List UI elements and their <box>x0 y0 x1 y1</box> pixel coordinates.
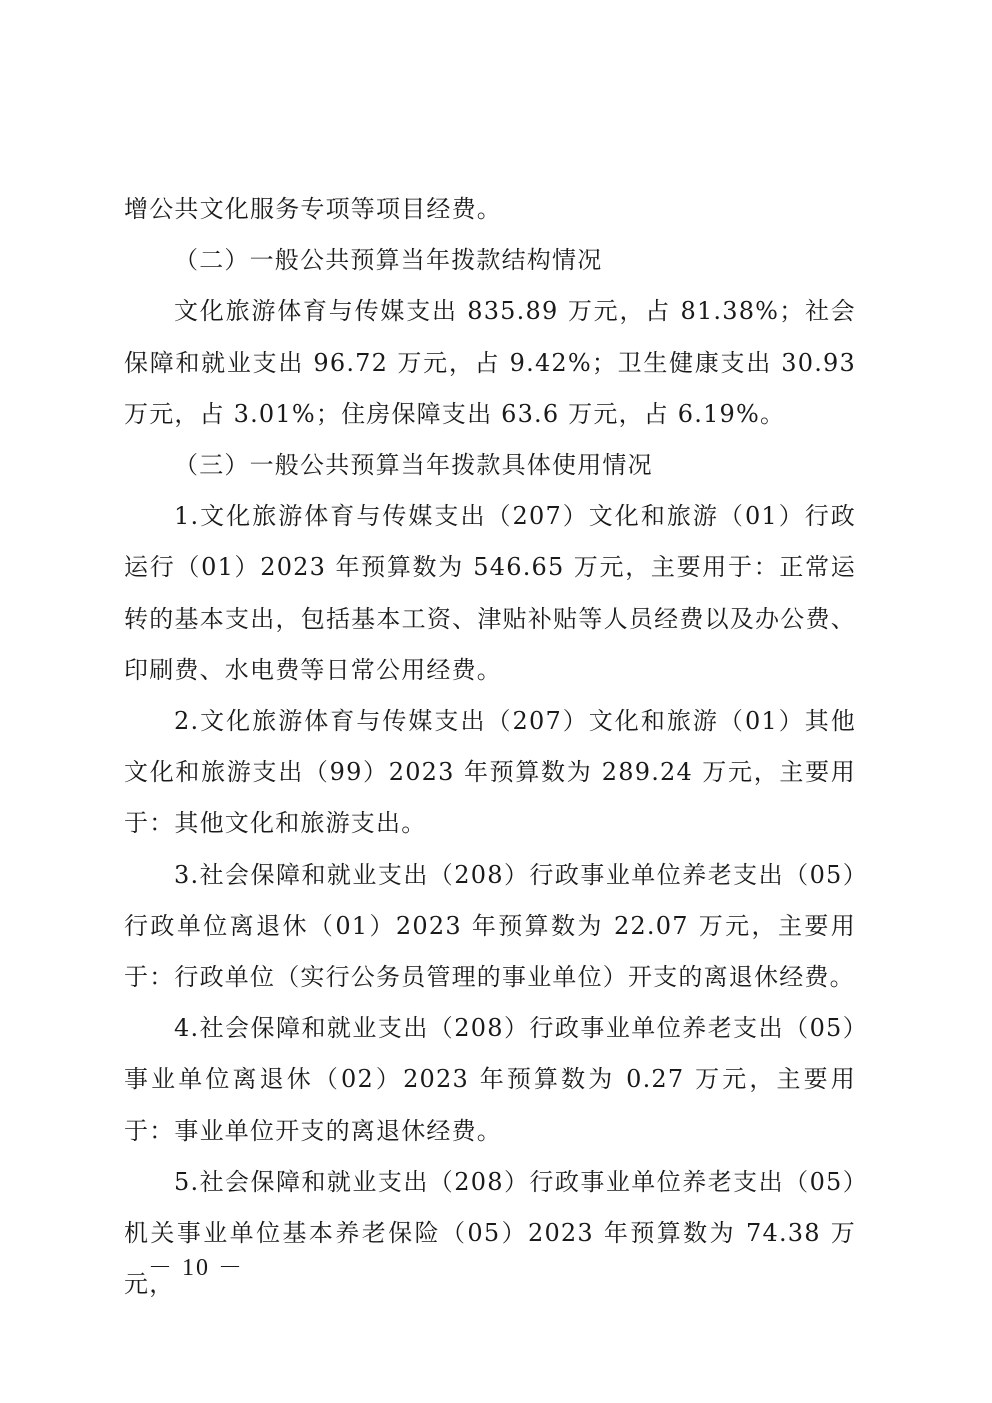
section-heading-usage: （三）一般公共预算当年拨款具体使用情况 <box>124 440 856 491</box>
list-item-2: 2.文化旅游体育与传媒支出（207）文化和旅游（01）其他文化和旅游支出（99）… <box>124 696 856 850</box>
paragraph-structure-summary: 文化旅游体育与传媒支出 835.89 万元，占 81.38%；社会保障和就业支出… <box>124 286 856 440</box>
list-item-4: 4.社会保障和就业支出（208）行政事业单位养老支出（05）事业单位离退休（02… <box>124 1003 856 1157</box>
list-item-3: 3.社会保障和就业支出（208）行政事业单位养老支出（05）行政单位离退休（01… <box>124 850 856 1004</box>
page-number: － 10 － <box>148 1247 244 1282</box>
list-item-1: 1.文化旅游体育与传媒支出（207）文化和旅游（01）行政运行（01）2023 … <box>124 491 856 696</box>
document-page-body: 增公共文化服务专项等项目经费。 （二）一般公共预算当年拨款结构情况 文化旅游体育… <box>124 184 856 1310</box>
paragraph-continuation: 增公共文化服务专项等项目经费。 <box>124 184 856 235</box>
list-item-5: 5.社会保障和就业支出（208）行政事业单位养老支出（05）机关事业单位基本养老… <box>124 1157 856 1311</box>
section-heading-structure: （二）一般公共预算当年拨款结构情况 <box>124 235 856 286</box>
